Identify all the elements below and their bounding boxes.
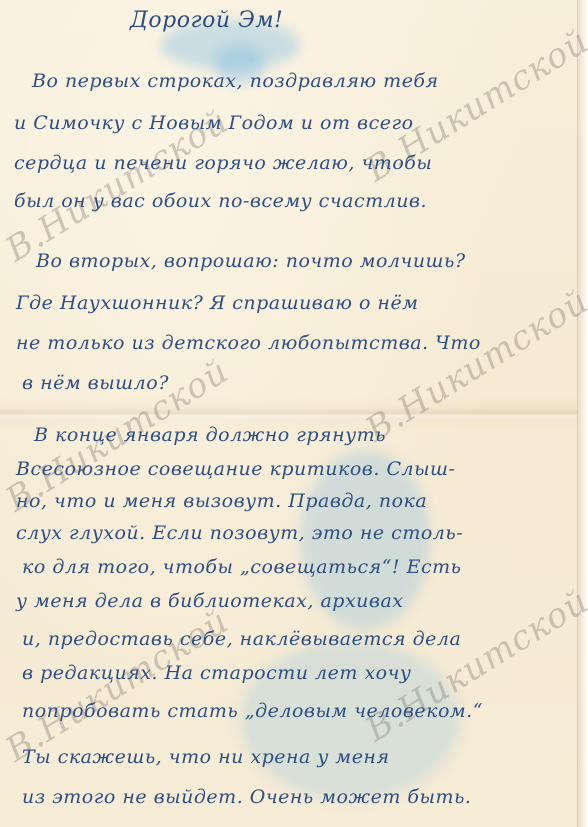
letter-line: был он у вас обоих по-всему счастлив. — [14, 190, 427, 212]
letter-line: не только из детского любопытства. Что — [16, 332, 481, 354]
letter-line: Во первых строках, поздравляю тебя — [32, 70, 439, 92]
letter-greeting: Дорогой Эм! — [130, 8, 283, 33]
letter-line: и Симочку с Новым Годом и от всего — [14, 112, 414, 134]
letter-line: попробовать стать „деловым человеком.“ — [22, 700, 483, 722]
letter-line: Во вторых, вопрошаю: почто молчишь? — [36, 250, 466, 272]
letter-line: но, что и меня вызовут. Правда, пока — [16, 490, 427, 512]
letter-line: в редакциях. На старости лет хочу — [22, 662, 411, 684]
letter-line: слух глухой. Если позовут, это не столь- — [16, 522, 463, 544]
letter-line: Ты скажешь, что ни хрена у меня — [22, 746, 390, 768]
letter-line: В конце января должно грянуть — [34, 424, 386, 446]
letter-body: Дорогой Эм! Во первых строках, поздравля… — [0, 0, 588, 827]
letter-line: у меня дела в библиотеках, архивах — [16, 590, 404, 612]
letter-page: В.Никитской В.Никитской В.Никитской В.Ни… — [0, 0, 588, 827]
letter-line: сердца и печени горячо желаю, чтобы — [14, 152, 432, 174]
letter-line: ко для того, чтобы „совещаться“! Есть — [22, 556, 461, 578]
letter-line: в нём вышло? — [22, 372, 169, 394]
letter-line: и, предоставь себе, наклёвывается дела — [22, 628, 461, 650]
letter-line: из этого не выйдет. Очень может быть. — [22, 786, 471, 808]
letter-line: Где Наухшонник? Я спрашиваю о нём — [16, 292, 418, 314]
letter-line: Всесоюзное совещание критиков. Слыш- — [16, 458, 455, 480]
